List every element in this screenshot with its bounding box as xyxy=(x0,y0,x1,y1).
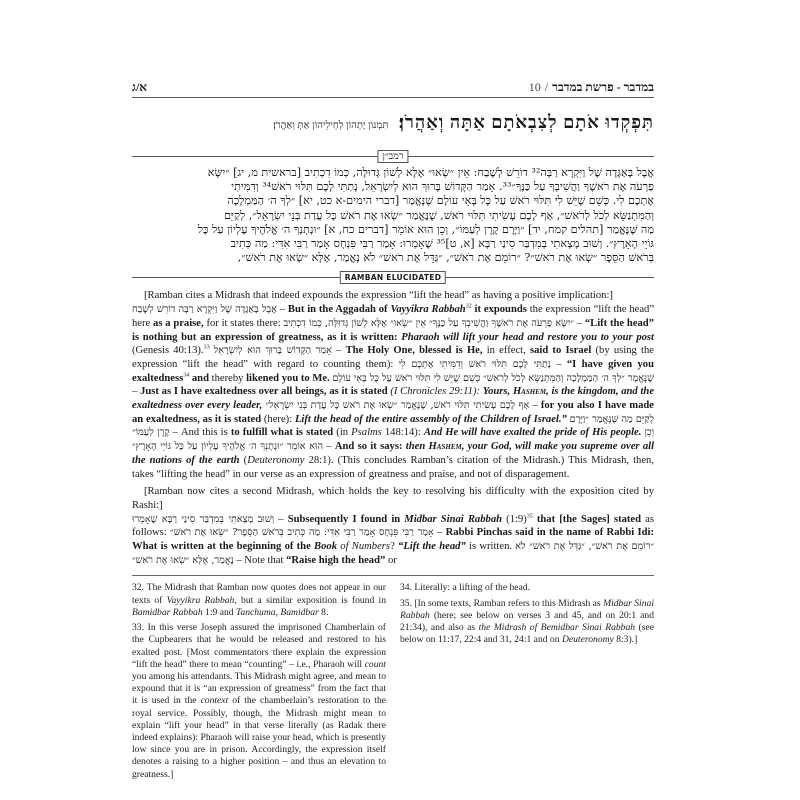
book-page: א/ג במדבר - פרשת במדבר / 10 תִּמְנוֹן יָ… xyxy=(132,80,654,784)
footnote-34: 34. Literally: a lifting of the head. xyxy=(400,582,654,594)
footnote-ref[interactable]: 33 xyxy=(204,345,210,351)
elucidated-label: RAMBAN ELUCIDATED xyxy=(340,271,446,284)
ramban-line: מַה שֶּׁנֶּאֱמַר [תהלים קמח, יד] ״וַיָּר… xyxy=(132,223,654,237)
ramban-line: אֲבָל בָּאַגָּדָה שֶׁל וַיִּקְרָא רַבָּה… xyxy=(132,166,654,180)
running-head: א/ג במדבר - פרשת במדבר / 10 xyxy=(132,80,654,98)
chapter-verse-marker: א/ג xyxy=(132,80,147,95)
editorial-note: [Ramban cites a Midrash that indeed expo… xyxy=(132,289,654,303)
elucidation-paragraph: אֲבָל בָּאַגָּדָה שֶׁל וַיִּקְרָא רַבָּה… xyxy=(132,303,654,481)
ramban-line: וְהַמִּתְנַשֵּׂא לְכֹל לְרֹאשׁ״, אַף לָכ… xyxy=(132,209,654,223)
footnote-ref[interactable]: 35 xyxy=(527,513,533,519)
verse-row: תִּמְנוֹן יָתְהוֹן לְחֵילֵיהוֹן אַתְּ וְ… xyxy=(132,112,654,138)
footnote-column-right: 34. Literally: a lifting of the head. 35… xyxy=(400,582,654,783)
ramban-line: אֶתְכֶם לִי. כְּשֵׁם שֶׁיֵּשׁ לִי תִּלּו… xyxy=(132,194,654,208)
verse-text: תִּפְקְדוּ אֹתָם לְצִבְאֹתָם אַתָּה וְאַ… xyxy=(398,112,654,133)
footnote-ref[interactable]: 32 xyxy=(466,304,472,310)
targum-text: תִּמְנוֹן יָתְהוֹן לְחֵילֵיהוֹן אַתְּ וְ… xyxy=(273,120,388,131)
ramban-label: רמב״ן xyxy=(377,150,408,163)
elucidation-text: [Ramban cites a Midrash that indeed expo… xyxy=(132,289,654,567)
editorial-note: [Ramban now cites a second Midrash, whic… xyxy=(132,485,654,512)
elucidated-divider: RAMBAN ELUCIDATED xyxy=(132,271,654,283)
elucidation-paragraph: וְשׁוּב מָצָאתִי בְּמִדְבַּר סִינַי רַבָ… xyxy=(132,513,654,568)
footnote-35: 35. [In some texts, Ramban refers to thi… xyxy=(400,598,654,647)
ramban-line: בְּרֹאשׁ הַסֵּפֶר ״שְׂאוּ אֶת רֹאשׁ״? ״ר… xyxy=(132,251,654,265)
footnote-divider xyxy=(132,575,654,576)
footnotes: 32. The Midrash that Ramban now quotes d… xyxy=(132,582,654,783)
page-header-title: במדבר - פרשת במדבר / 10 xyxy=(529,80,654,95)
ramban-line: פַרְעֹה אֶת רֹאשֶׁךָ וַהֲשִׁיבְךָ עַל כַ… xyxy=(132,180,654,194)
footnote-column-left: 32. The Midrash that Ramban now quotes d… xyxy=(132,582,386,783)
ramban-line: גּוֹיֵי הָאָרֶץ״. וְשׁוּב מָצָאתִי בְּמִ… xyxy=(132,237,654,251)
footnote-32: 32. The Midrash that Ramban now quotes d… xyxy=(132,582,386,619)
parashah-title: במדבר - פרשת במדבר xyxy=(552,80,654,95)
footnote-33: 33. In this verse Joseph assured the imp… xyxy=(132,622,386,781)
page-number: 10 xyxy=(529,80,541,95)
separator: / xyxy=(545,80,548,95)
ramban-hebrew-text: אֲבָל בָּאַגָּדָה שֶׁל וַיִּקְרָא רַבָּה… xyxy=(132,166,654,265)
footnote-ref[interactable]: 34 xyxy=(183,372,189,378)
ramban-divider: רמב״ן xyxy=(132,150,654,162)
